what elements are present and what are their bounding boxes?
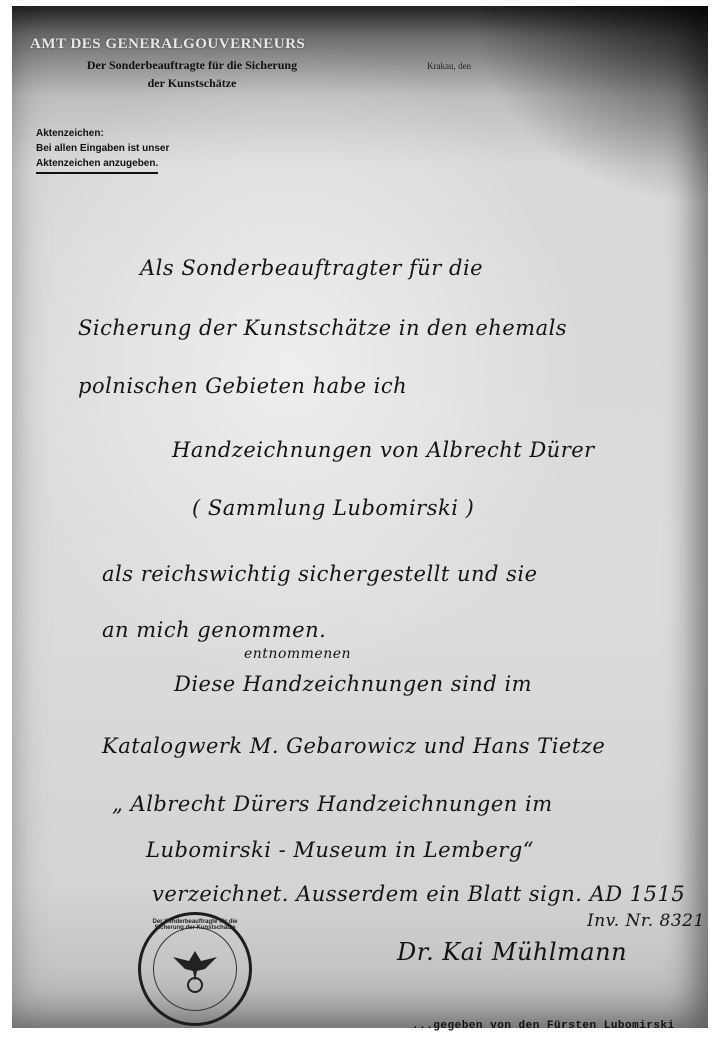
place-date-label: Krakau, den <box>427 61 471 71</box>
file-reference-label: Aktenzeichen: <box>36 126 169 141</box>
body-line: „ Albrecht Dürers Handzeichnungen im <box>112 792 553 816</box>
body-line: an mich genommen. <box>102 618 326 642</box>
body-line: Als Sonderbeauftragter für die <box>140 256 483 280</box>
file-reference-line2: Bei allen Eingaben ist unser <box>36 141 169 156</box>
body-line: Handzeichnungen von Albrecht Dürer <box>172 438 595 462</box>
inventory-note: Inv. Nr. 8321 <box>587 911 705 931</box>
signature: Dr. Kai Mühlmann <box>397 938 627 966</box>
letterhead-subtitle-line2: der Kunstschätze <box>72 74 312 92</box>
letterhead-title: AMT DES GENERALGOUVERNEURS <box>30 36 305 53</box>
document-page: AMT DES GENERALGOUVERNEURS Der Sonderbea… <box>12 6 708 1028</box>
letterhead-subtitle-line1: Der Sonderbeauftragte für die Sicherung <box>72 56 312 74</box>
body-line: als reichswichtig sichergestellt und sie <box>102 562 538 586</box>
eagle-emblem-icon <box>167 941 223 997</box>
body-line: Diese Handzeichnungen sind im <box>174 672 532 696</box>
body-line: verzeichnet. Ausserdem ein Blatt sign. A… <box>152 882 685 906</box>
body-line: polnischen Gebieten habe ich <box>78 374 407 398</box>
body-line: Sicherung der Kunstschätze in den ehemal… <box>78 316 567 340</box>
official-stamp: Der Sonderbeauftragte für die Sicherung … <box>138 912 252 1026</box>
body-line: Lubomirski - Museum in Lemberg“ <box>146 838 534 862</box>
body-line-insertion: entnommenen <box>244 646 351 662</box>
file-reference-line3: Aktenzeichen anzugeben. <box>36 156 158 174</box>
letterhead-subtitle: Der Sonderbeauftragte für die Sicherung … <box>72 56 312 92</box>
file-reference: Aktenzeichen: Bei allen Eingaben ist uns… <box>36 126 169 174</box>
body-line: ( Sammlung Lubomirski ) <box>192 496 474 520</box>
typed-footer: ...gegeben von den Fürsten Lubomirski <box>412 1020 675 1032</box>
stamp-ring-text: Der Sonderbeauftragte für die Sicherung … <box>141 919 249 931</box>
body-line: Katalogwerk M. Gebarowicz und Hans Tietz… <box>102 734 605 758</box>
